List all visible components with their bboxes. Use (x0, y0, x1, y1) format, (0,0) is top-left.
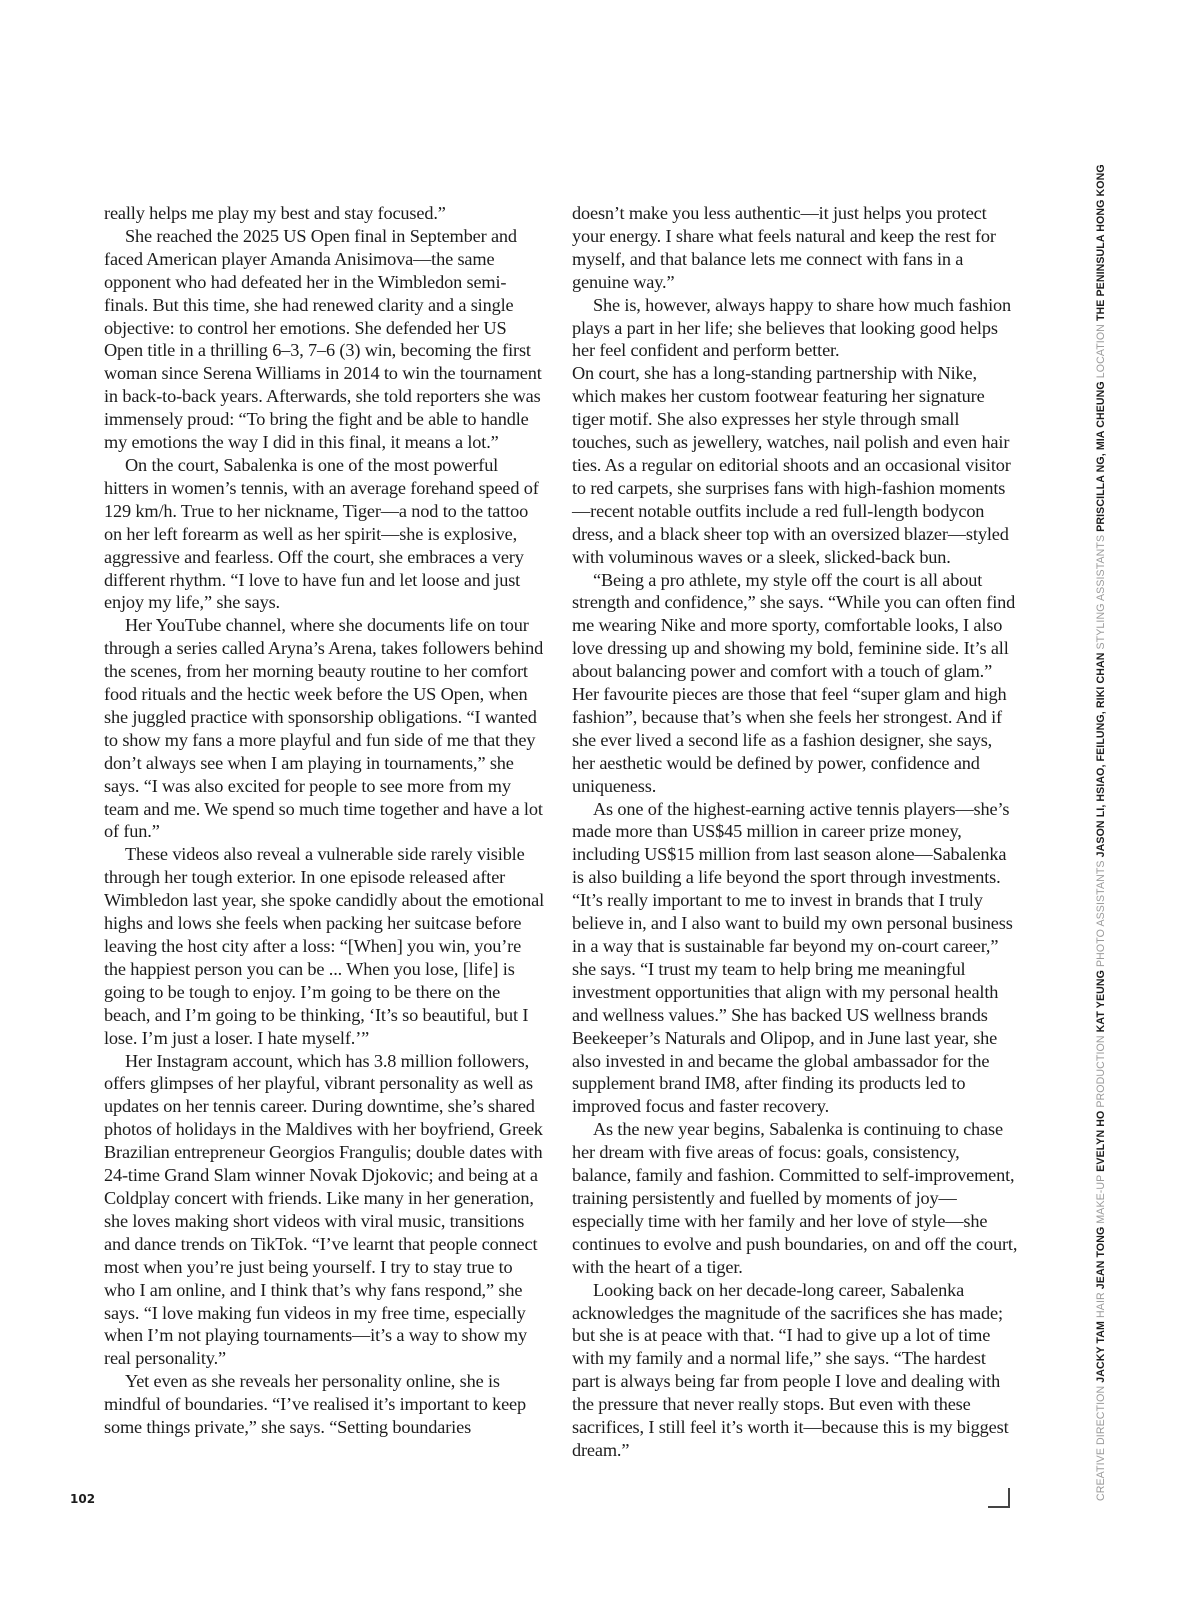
credit-name: THE PENINSULA HONG KONG (1095, 164, 1107, 321)
paragraph: really helps me play my best and stay fo… (104, 202, 544, 225)
paragraph: She is, however, always happy to share h… (572, 294, 1018, 363)
credit-role: PRODUCTION (1095, 1035, 1107, 1107)
paragraph: She reached the 2025 US Open final in Se… (104, 225, 544, 454)
page-number: 102 (70, 1492, 95, 1506)
credit-name: JACKY TAM (1095, 1321, 1107, 1383)
paragraph: Looking back on her decade-long career, … (572, 1279, 1018, 1462)
credit-role: CREATIVE DIRECTION (1095, 1386, 1107, 1501)
photo-credits: CREATIVE DIRECTION JACKY TAM HAIR JEAN T… (1095, 164, 1107, 1501)
credit-role: HAIR (1095, 1292, 1107, 1318)
paragraph: doesn’t make you less authentic—it just … (572, 202, 1018, 294)
paragraph: “Being a pro athlete, my style off the c… (572, 569, 1018, 798)
credit-name: PRISCILLA NG, MIA CHEUNG (1095, 381, 1107, 532)
credit-name: JASON LI, HSIAO, FEILUNG, RIKI CHAN (1095, 653, 1107, 858)
credit-role: STYLING ASSISTANTS (1095, 535, 1107, 650)
article-column-right: doesn’t make you less authentic—it just … (572, 202, 1018, 1462)
credit-name: KAT YEUNG (1095, 970, 1107, 1032)
article-column-left: really helps me play my best and stay fo… (104, 202, 544, 1439)
credit-role: PHOTO ASSISTANTS (1095, 860, 1107, 967)
paragraph: Her Instagram account, which has 3.8 mil… (104, 1050, 544, 1371)
paragraph: Yet even as she reveals her personality … (104, 1370, 544, 1439)
end-mark-icon (988, 1488, 1010, 1508)
paragraph: On the court, Sabalenka is one of the mo… (104, 454, 544, 614)
paragraph: These videos also reveal a vulnerable si… (104, 843, 544, 1049)
credit-role: LOCATION (1095, 324, 1107, 378)
credit-name: JEAN TONG (1095, 1227, 1107, 1290)
paragraph: As the new year begins, Sabalenka is con… (572, 1118, 1018, 1278)
paragraph: As one of the highest-earning active ten… (572, 798, 1018, 1119)
credit-name: EVELYN HO (1095, 1111, 1107, 1172)
paragraph: Her YouTube channel, where she documents… (104, 614, 544, 843)
paragraph: On court, she has a long-standing partne… (572, 362, 1018, 568)
credit-role: MAKE-UP (1095, 1175, 1107, 1224)
